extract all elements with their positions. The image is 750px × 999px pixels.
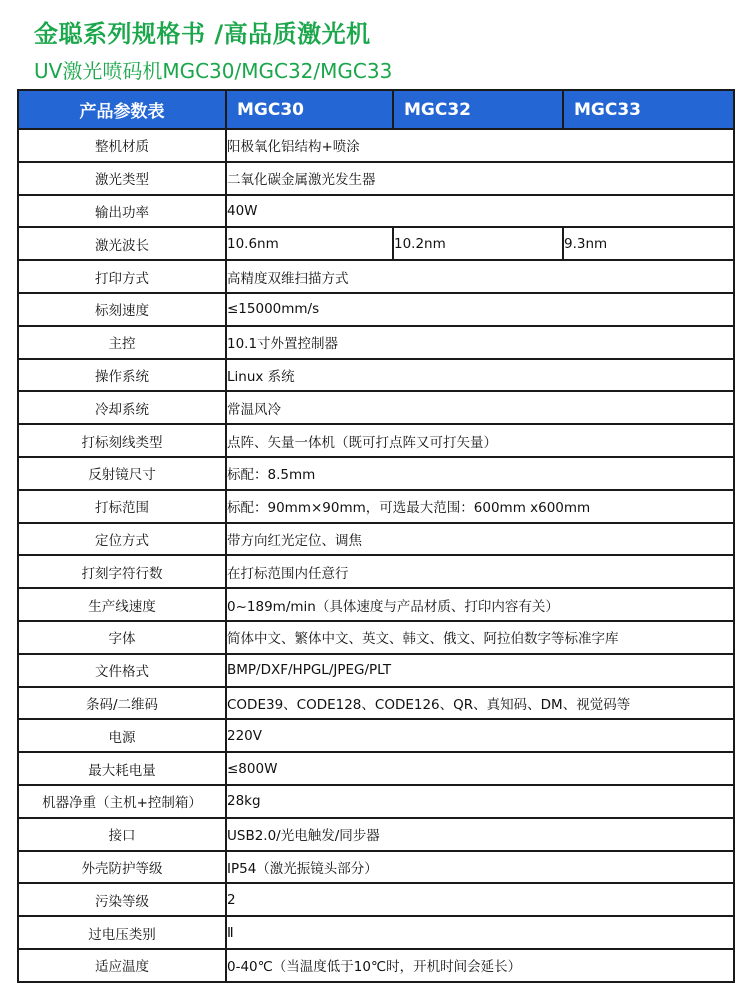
row-value: 带方向红光定位、调焦 (226, 523, 734, 556)
row-label: 定位方式 (18, 523, 226, 556)
table-header-row: 产品参数表 MGC30 MGC32 MGC33 (18, 90, 734, 129)
table-row: 机器净重（主机+控制箱）28kg (18, 785, 734, 818)
row-label: 适应温度 (18, 949, 226, 982)
row-value: 简体中文、繁体中文、英文、韩文、俄文、阿拉伯数字等标准字库 (226, 621, 734, 654)
row-label: 打刻字符行数 (18, 555, 226, 588)
row-value: ≤800W (226, 752, 734, 785)
row-value: 9.3nm (563, 227, 734, 260)
header-mgc33: MGC33 (563, 90, 734, 129)
table-row: 打刻字符行数在打标范围内任意行 (18, 555, 734, 588)
row-value: 220V (226, 719, 734, 752)
row-value: 高精度双维扫描方式 (226, 260, 734, 293)
row-label: 标刻速度 (18, 293, 226, 326)
row-value: 在打标范围内任意行 (226, 555, 734, 588)
spec-table: 产品参数表 MGC30 MGC32 MGC33 整机材质阳极氧化铝结构+喷涂激光… (17, 89, 735, 983)
row-value: ≤15000mm/s (226, 293, 734, 326)
table-row: 激光类型二氧化碳金属激光发生器 (18, 162, 734, 195)
table-row: 文件格式BMP/DXF/HPGL/JPEG/PLT (18, 654, 734, 687)
page-title: 金聪系列规格书 /高品质激光机 (34, 14, 371, 49)
row-label: 电源 (18, 719, 226, 752)
row-label: 操作系统 (18, 359, 226, 392)
table-row: 标刻速度≤15000mm/s (18, 293, 734, 326)
row-value: Ⅱ (226, 916, 734, 949)
row-value: 0~189m/min（具体速度与产品材质、打印内容有关） (226, 588, 734, 621)
row-label: 打印方式 (18, 260, 226, 293)
header-param: 产品参数表 (18, 90, 226, 129)
table-row: 激光波长10.6nm10.2nm9.3nm (18, 227, 734, 260)
row-label: 字体 (18, 621, 226, 654)
row-value: CODE39、CODE128、CODE126、QR、真知码、DM、视觉码等 (226, 687, 734, 720)
row-value: 二氧化碳金属激光发生器 (226, 162, 734, 195)
row-label: 最大耗电量 (18, 752, 226, 785)
row-value: 0-40℃（当温度低于10℃时，开机时间会延长） (226, 949, 734, 982)
row-label: 打标范围 (18, 490, 226, 523)
table-row: 最大耗电量≤800W (18, 752, 734, 785)
table-row: 外壳防护等级IP54（激光振镜头部分） (18, 851, 734, 884)
page-subtitle: UV激光喷码机MGC30/MGC32/MGC33 (34, 55, 392, 84)
row-value: 点阵、矢量一体机（既可打点阵又可打矢量） (226, 424, 734, 457)
row-label: 接口 (18, 818, 226, 851)
row-label: 反射镜尺寸 (18, 457, 226, 490)
header-mgc30: MGC30 (226, 90, 393, 129)
row-label: 过电压类别 (18, 916, 226, 949)
row-label: 整机材质 (18, 129, 226, 162)
row-label: 条码/二维码 (18, 687, 226, 720)
table-row: 打标刻线类型点阵、矢量一体机（既可打点阵又可打矢量） (18, 424, 734, 457)
table-row: 接口USB2.0/光电触发/同步器 (18, 818, 734, 851)
row-value: 40W (226, 195, 734, 228)
table-row: 操作系统Linux 系统 (18, 359, 734, 392)
row-value: IP54（激光振镜头部分） (226, 851, 734, 884)
row-label: 激光类型 (18, 162, 226, 195)
table-row: 冷却系统常温风冷 (18, 391, 734, 424)
row-label: 生产线速度 (18, 588, 226, 621)
row-value: USB2.0/光电触发/同步器 (226, 818, 734, 851)
table-row: 反射镜尺寸标配：8.5mm (18, 457, 734, 490)
row-label: 文件格式 (18, 654, 226, 687)
row-value: 阳极氧化铝结构+喷涂 (226, 129, 734, 162)
table-row: 适应温度0-40℃（当温度低于10℃时，开机时间会延长） (18, 949, 734, 982)
row-label: 冷却系统 (18, 391, 226, 424)
table-row: 主控10.1寸外置控制器 (18, 326, 734, 359)
row-value: BMP/DXF/HPGL/JPEG/PLT (226, 654, 734, 687)
header-mgc32: MGC32 (393, 90, 563, 129)
table-row: 过电压类别Ⅱ (18, 916, 734, 949)
table-row: 输出功率40W (18, 195, 734, 228)
row-value: 10.2nm (393, 227, 563, 260)
row-value: 常温风冷 (226, 391, 734, 424)
row-label: 污染等级 (18, 883, 226, 916)
row-value: 标配：90mm×90mm，可选最大范围：600mm x600mm (226, 490, 734, 523)
table-row: 电源220V (18, 719, 734, 752)
table-row: 字体简体中文、繁体中文、英文、韩文、俄文、阿拉伯数字等标准字库 (18, 621, 734, 654)
row-label: 打标刻线类型 (18, 424, 226, 457)
table-row: 定位方式带方向红光定位、调焦 (18, 523, 734, 556)
row-label: 输出功率 (18, 195, 226, 228)
row-label: 机器净重（主机+控制箱） (18, 785, 226, 818)
row-value: Linux 系统 (226, 359, 734, 392)
table-row: 打印方式高精度双维扫描方式 (18, 260, 734, 293)
row-label: 外壳防护等级 (18, 851, 226, 884)
row-value: 标配：8.5mm (226, 457, 734, 490)
row-value: 28kg (226, 785, 734, 818)
row-label: 主控 (18, 326, 226, 359)
table-row: 污染等级2 (18, 883, 734, 916)
table-row: 整机材质阳极氧化铝结构+喷涂 (18, 129, 734, 162)
row-label: 激光波长 (18, 227, 226, 260)
table-row: 条码/二维码CODE39、CODE128、CODE126、QR、真知码、DM、视… (18, 687, 734, 720)
table-row: 生产线速度0~189m/min（具体速度与产品材质、打印内容有关） (18, 588, 734, 621)
row-value: 2 (226, 883, 734, 916)
row-value: 10.1寸外置控制器 (226, 326, 734, 359)
row-value: 10.6nm (226, 227, 393, 260)
table-row: 打标范围标配：90mm×90mm，可选最大范围：600mm x600mm (18, 490, 734, 523)
